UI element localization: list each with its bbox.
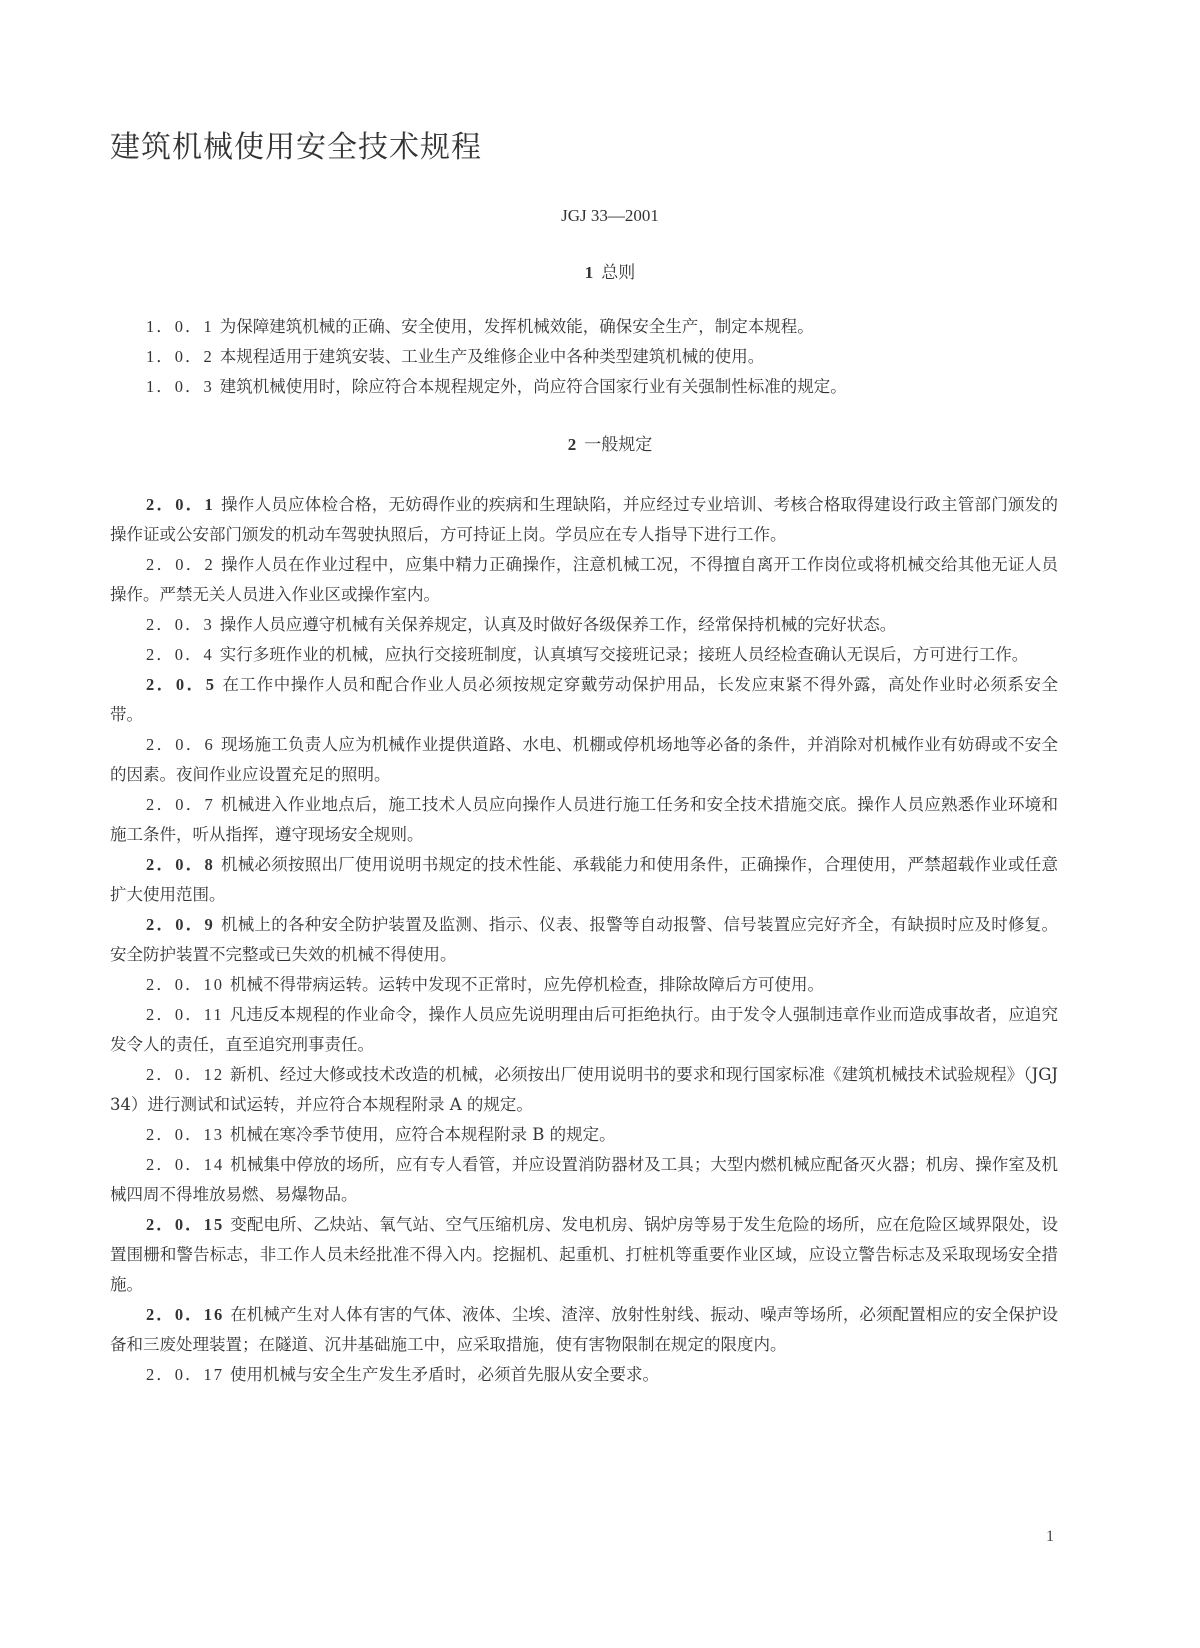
clause-text: 建筑机械使用时，除应符合本规程规定外，尚应符合国家行业有关强制性标准的规定。: [220, 377, 847, 396]
clause-number: 2．0．11: [146, 1005, 224, 1024]
clause-text: 在工作中操作人员和配合作业人员必须按规定穿戴劳动保护用品，长发应束紧不得外露，高…: [110, 675, 1058, 724]
clause-text: 机械在寒冷季节使用，应符合本规程附录 B 的规定。: [230, 1125, 616, 1144]
clause-text: 操作人员应体检合格，无妨碍作业的疾病和生理缺陷，并应经过专业培训、考核合格取得建…: [110, 495, 1058, 544]
clause-number: 2．0．2: [146, 555, 215, 574]
clause-number: 2．0．15: [146, 1215, 224, 1234]
clause-1-0-2: 1．0．2本规程适用于建筑安装、工业生产及维修企业中各种类型建筑机械的使用。: [110, 342, 1058, 372]
clause-text: 操作人员在作业过程中，应集中精力正确操作，注意机械工况，不得擅自离开工作岗位或将…: [110, 555, 1058, 604]
clause-2-0-7: 2．0．7机械进入作业地点后，施工技术人员应向操作人员进行施工任务和安全技术措施…: [110, 790, 1058, 850]
chapter-title: 总则: [601, 263, 635, 283]
clause-2-0-15: 2．0．15变配电所、乙炔站、氧气站、空气压缩机房、发电机房、锅炉房等易于发生危…: [110, 1210, 1058, 1300]
clause-number: 2．0．4: [146, 645, 214, 664]
clause-2-0-16: 2．0．16在机械产生对人体有害的气体、液体、尘埃、渣滓、放射性射线、振动、噪声…: [110, 1300, 1058, 1360]
clause-text: 实行多班作业的机械，应执行交接班制度，认真填写交接班记录；接班人员经检查确认无误…: [220, 645, 1029, 664]
clause-1-0-1: 1．0．1为保障建筑机械的正确、安全使用，发挥机械效能，确保安全生产，制定本规程…: [110, 312, 1058, 342]
clause-2-0-5: 2．0．5在工作中操作人员和配合作业人员必须按规定穿戴劳动保护用品，长发应束紧不…: [110, 670, 1058, 730]
clause-number: 2．0．6: [146, 735, 215, 754]
clause-number: 1．0．1: [146, 317, 214, 336]
clause-number: 2．0．9: [146, 915, 215, 934]
standard-code: JGJ 33—2001: [0, 206, 1200, 226]
chapter-1-clauses: 1．0．1为保障建筑机械的正确、安全使用，发挥机械效能，确保安全生产，制定本规程…: [110, 312, 1058, 402]
clause-2-0-3: 2．0．3操作人员应遵守机械有关保养规定，认真及时做好各级保养工作，经常保持机械…: [110, 610, 1058, 640]
clause-text: 新机、经过大修或技术改造的机械，必须按出厂使用说明书的要求和现行国家标准《建筑机…: [110, 1065, 1058, 1114]
clause-number: 2．0．1: [146, 495, 215, 514]
chapter-heading-1: 1总则: [0, 258, 1200, 283]
clause-number: 2．0．12: [146, 1065, 224, 1084]
clause-text: 机械必须按照出厂使用说明书规定的技术性能、承载能力和使用条件，正确操作，合理使用…: [110, 855, 1058, 904]
clause-number: 2．0．5: [146, 675, 216, 694]
clause-number: 2．0．7: [146, 795, 215, 814]
clause-text: 机械不得带病运转。运转中发现不正常时，应先停机检查，排除故障后方可使用。: [230, 975, 824, 994]
page-number: 1: [1046, 1528, 1054, 1546]
clause-2-0-2: 2．0．2操作人员在作业过程中，应集中精力正确操作，注意机械工况，不得擅自离开工…: [110, 550, 1058, 610]
document-page: 建筑机械使用安全技术规程 JGJ 33—2001 1总则 1．0．1为保障建筑机…: [0, 0, 1200, 1648]
clause-2-0-4: 2．0．4实行多班作业的机械，应执行交接班制度，认真填写交接班记录；接班人员经检…: [110, 640, 1058, 670]
clause-text: 机械进入作业地点后，施工技术人员应向操作人员进行施工任务和安全技术措施交底。操作…: [110, 795, 1058, 844]
clause-2-0-11: 2．0．11凡违反本规程的作业命令，操作人员应先说明理由后可拒绝执行。由于发令人…: [110, 1000, 1058, 1060]
clause-2-0-17: 2．0．17使用机械与安全生产发生矛盾时，必须首先服从安全要求。: [110, 1360, 1058, 1390]
document-title: 建筑机械使用安全技术规程: [110, 122, 482, 166]
clause-number: 2．0．3: [146, 615, 214, 634]
clause-number: 2．0．8: [146, 855, 215, 874]
clause-2-0-6: 2．0．6现场施工负责人应为机械作业提供道路、水电、机棚或停机场地等必备的条件，…: [110, 730, 1058, 790]
clause-text: 为保障建筑机械的正确、安全使用，发挥机械效能，确保安全生产，制定本规程。: [220, 317, 814, 336]
chapter-number: 2: [568, 435, 577, 454]
clause-text: 变配电所、乙炔站、氧气站、空气压缩机房、发电机房、锅炉房等易于发生危险的场所，应…: [110, 1215, 1058, 1294]
clause-number: 2．0．14: [146, 1155, 224, 1174]
clause-2-0-13: 2．0．13机械在寒冷季节使用，应符合本规程附录 B 的规定。: [110, 1120, 1058, 1150]
clause-text: 机械上的各种安全防护装置及监测、指示、仪表、报警等自动报警、信号装置应完好齐全，…: [110, 915, 1058, 964]
clause-text: 使用机械与安全生产发生矛盾时，必须首先服从安全要求。: [230, 1365, 659, 1384]
clause-number: 1．0．3: [146, 377, 214, 396]
clause-number: 2．0．17: [146, 1365, 224, 1384]
clause-text: 在机械产生对人体有害的气体、液体、尘埃、渣滓、放射性射线、振动、噪声等场所，必须…: [110, 1305, 1058, 1354]
clause-number: 2．0．16: [146, 1305, 224, 1324]
chapter-heading-2: 2一般规定: [0, 430, 1200, 455]
clause-text: 机械集中停放的场所，应有专人看管，并应设置消防器材及工具；大型内燃机械应配备灭火…: [110, 1155, 1058, 1204]
clause-2-0-10: 2．0．10机械不得带病运转。运转中发现不正常时，应先停机检查，排除故障后方可使…: [110, 970, 1058, 1000]
clause-number: 2．0．13: [146, 1125, 224, 1144]
clause-2-0-14: 2．0．14机械集中停放的场所，应有专人看管，并应设置消防器材及工具；大型内燃机…: [110, 1150, 1058, 1210]
clause-2-0-12: 2．0．12新机、经过大修或技术改造的机械，必须按出厂使用说明书的要求和现行国家…: [110, 1060, 1058, 1120]
clause-text: 操作人员应遵守机械有关保养规定，认真及时做好各级保养工作，经常保持机械的完好状态…: [220, 615, 897, 634]
clause-2-0-1: 2．0．1操作人员应体检合格，无妨碍作业的疾病和生理缺陷，并应经过专业培训、考核…: [110, 490, 1058, 550]
chapter-2-clauses: 2．0．1操作人员应体检合格，无妨碍作业的疾病和生理缺陷，并应经过专业培训、考核…: [110, 490, 1058, 1390]
clause-text: 凡违反本规程的作业命令，操作人员应先说明理由后可拒绝执行。由于发令人强制违章作业…: [110, 1005, 1058, 1054]
clause-text: 本规程适用于建筑安装、工业生产及维修企业中各种类型建筑机械的使用。: [220, 347, 765, 366]
clause-number: 2．0．10: [146, 975, 224, 994]
clause-2-0-8: 2．0．8机械必须按照出厂使用说明书规定的技术性能、承载能力和使用条件，正确操作…: [110, 850, 1058, 910]
chapter-title: 一般规定: [584, 435, 652, 455]
clause-1-0-3: 1．0．3建筑机械使用时，除应符合本规程规定外，尚应符合国家行业有关强制性标准的…: [110, 372, 1058, 402]
clause-text: 现场施工负责人应为机械作业提供道路、水电、机棚或停机场地等必备的条件，并消除对机…: [110, 735, 1058, 784]
clause-2-0-9: 2．0．9机械上的各种安全防护装置及监测、指示、仪表、报警等自动报警、信号装置应…: [110, 910, 1058, 970]
clause-number: 1．0．2: [146, 347, 214, 366]
chapter-number: 1: [585, 263, 594, 282]
